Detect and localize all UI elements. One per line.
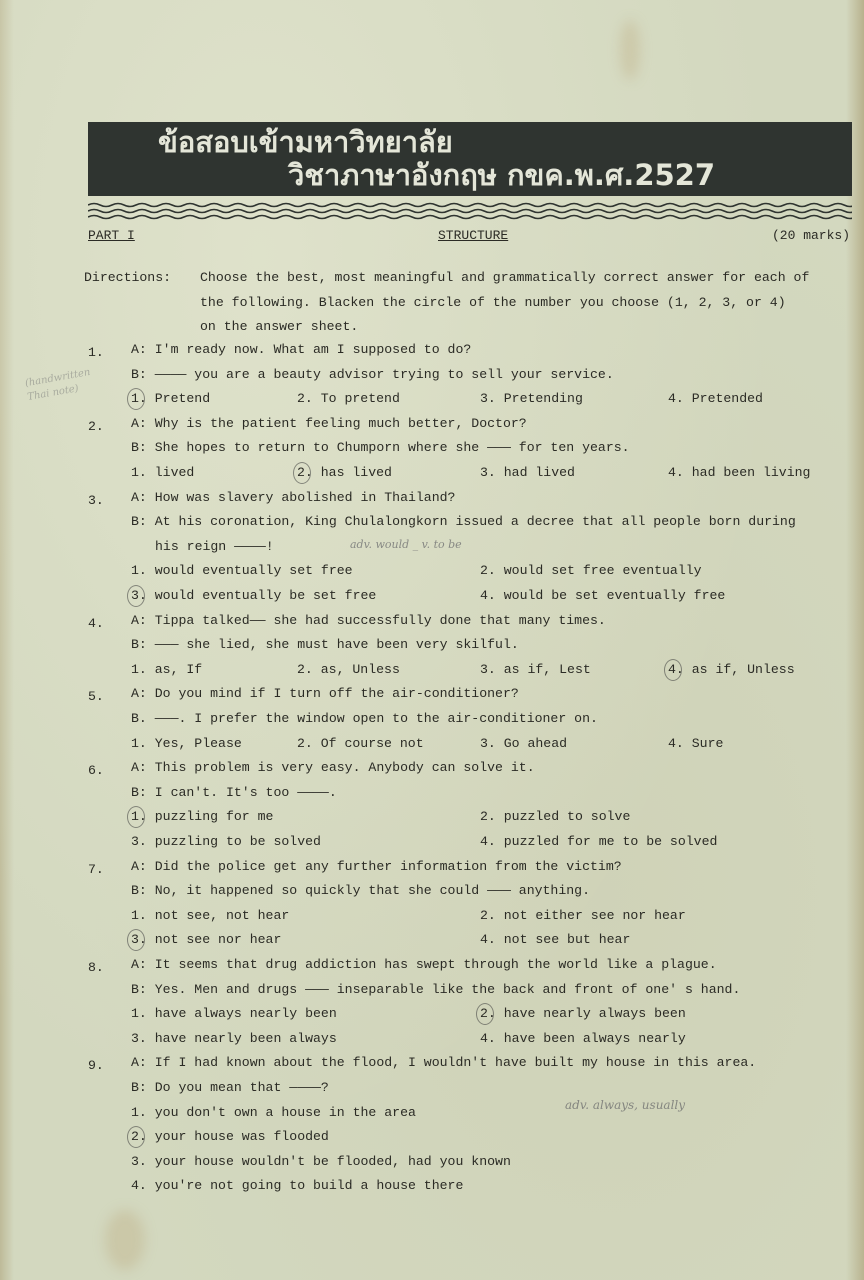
question-prompt-a: A: Tippa talked—— she had successfully d… [131, 613, 606, 628]
answer-option: 4. not see but hear [480, 932, 630, 947]
answer-option: 3. as if, Lest [480, 662, 591, 677]
margin-handwritten-note: (handwritten Thai note) [24, 367, 88, 405]
answer-option: 1. puzzling for me [131, 809, 273, 824]
handwritten-answer-circle [127, 585, 145, 607]
answer-option: 3. not see nor hear [131, 932, 281, 947]
question-prompt-b: B. ———. I prefer the window open to the … [131, 711, 598, 726]
marks-label: (20 marks) [772, 228, 850, 243]
answer-option: 2. would set free eventually [480, 563, 702, 578]
answer-option: 2. puzzled to solve [480, 809, 630, 824]
answer-option: 2. not either see nor hear [480, 908, 686, 923]
answer-option: 1. would eventually set free [131, 563, 353, 578]
answer-option: 4. Sure [668, 736, 723, 751]
handwritten-answer-circle [664, 659, 682, 681]
question-prompt-a: A: I'm ready now. What am I supposed to … [131, 342, 471, 357]
question-prompt-b: B: Do you mean that ————? [131, 1080, 329, 1095]
question-prompt-a: A: Why is the patient feeling much bette… [131, 416, 527, 431]
answer-option: 4. you're not going to build a house the… [131, 1178, 463, 1193]
exam-title-line1: ข้อสอบเข้ามหาวิทยาลัย [158, 126, 453, 158]
question-number: 6. [88, 763, 104, 778]
exam-title-banner: ข้อสอบเข้ามหาวิทยาลัย วิชาภาษาอังกฤษ กขค… [88, 122, 852, 196]
part-label: PART I [88, 228, 135, 243]
answer-option: 4. would be set eventually free [480, 588, 725, 603]
question-number: 4. [88, 616, 104, 631]
handwritten-answer-circle [127, 1126, 145, 1148]
answer-option: 3. have nearly been always [131, 1031, 337, 1046]
answer-option: 4. puzzled for me to be solved [480, 834, 717, 849]
question-prompt-b: B: ——— she lied, she must have been very… [131, 637, 519, 652]
handwritten-answer-circle [293, 462, 311, 484]
answer-option: 2. To pretend [297, 391, 400, 406]
answer-option: 2. as, Unless [297, 662, 400, 677]
question-prompt-b: B: I can't. It's too ————. [131, 785, 337, 800]
question-prompt-b: B: She hopes to return to Chumporn where… [131, 440, 630, 455]
question-prompt-a: A: If I had known about the flood, I wou… [131, 1055, 756, 1070]
section-title: STRUCTURE [438, 228, 508, 243]
answer-option: 2. has lived [297, 465, 392, 480]
answer-option: 1. you don't own a house in the area [131, 1105, 416, 1120]
question-number: 5. [88, 689, 104, 704]
question-prompt-b: B: No, it happened so quickly that she c… [131, 883, 590, 898]
answer-option: 4. have been always nearly [480, 1031, 686, 1046]
handwritten-note: adv. always, usually [565, 1098, 685, 1112]
answer-option: 1. lived [131, 465, 194, 480]
question-number: 2. [88, 419, 104, 434]
answer-option: 4. had been living [668, 465, 810, 480]
question-number: 1. [88, 345, 104, 360]
directions-label: Directions: [84, 270, 171, 285]
answer-option: 1. as, If [131, 662, 202, 677]
answer-option: 3. had lived [480, 465, 575, 480]
answer-option: 1. have always nearly been [131, 1006, 337, 1021]
answer-option: 3. Go ahead [480, 736, 567, 751]
question-prompt-b: B: At his coronation, King Chulalongkorn… [131, 514, 796, 529]
answer-option: 3. puzzling to be solved [131, 834, 321, 849]
answer-option: 3. Pretending [480, 391, 583, 406]
directions-line: Choose the best, most meaningful and gra… [200, 270, 809, 285]
question-prompt-a: A: It seems that drug addiction has swep… [131, 957, 717, 972]
handwritten-answer-circle [476, 1003, 494, 1025]
question-prompt-b: B: ———— you are a beauty advisor trying … [131, 367, 614, 382]
answer-option: 2. have nearly always been [480, 1006, 686, 1021]
directions-line: the following. Blacken the circle of the… [200, 295, 786, 310]
question-prompt-a: A: Did the police get any further inform… [131, 859, 622, 874]
answer-option: 4. Pretended [668, 391, 763, 406]
answer-option: 3. would eventually be set free [131, 588, 376, 603]
question-number: 7. [88, 862, 104, 877]
answer-option: 1. Yes, Please [131, 736, 242, 751]
exam-title-line2: วิชาภาษาอังกฤษ กขค.พ.ศ.2527 [288, 159, 715, 191]
question-number: 3. [88, 493, 104, 508]
handwritten-note: adv. would _ v. to be [350, 538, 462, 551]
decorative-wave-divider [88, 202, 852, 220]
answer-option: 4. as if, Unless [668, 662, 795, 677]
question-number: 9. [88, 1058, 104, 1073]
directions-line: on the answer sheet. [200, 319, 358, 334]
question-prompt-b: his reign ————! [155, 539, 274, 554]
question-number: 8. [88, 960, 104, 975]
answer-option: 3. your house wouldn't be flooded, had y… [131, 1154, 511, 1169]
question-prompt-a: A: How was slavery abolished in Thailand… [131, 490, 455, 505]
handwritten-answer-circle [127, 388, 145, 410]
question-prompt-a: A: This problem is very easy. Anybody ca… [131, 760, 535, 775]
answer-option: 1. not see, not hear [131, 908, 289, 923]
answer-option: 2. Of course not [297, 736, 424, 751]
handwritten-answer-circle [127, 929, 145, 951]
answer-option: 2. your house was flooded [131, 1129, 329, 1144]
question-prompt-b: B: Yes. Men and drugs ——— inseparable li… [131, 982, 740, 997]
question-prompt-a: A: Do you mind if I turn off the air-con… [131, 686, 519, 701]
handwritten-answer-circle [127, 806, 145, 828]
